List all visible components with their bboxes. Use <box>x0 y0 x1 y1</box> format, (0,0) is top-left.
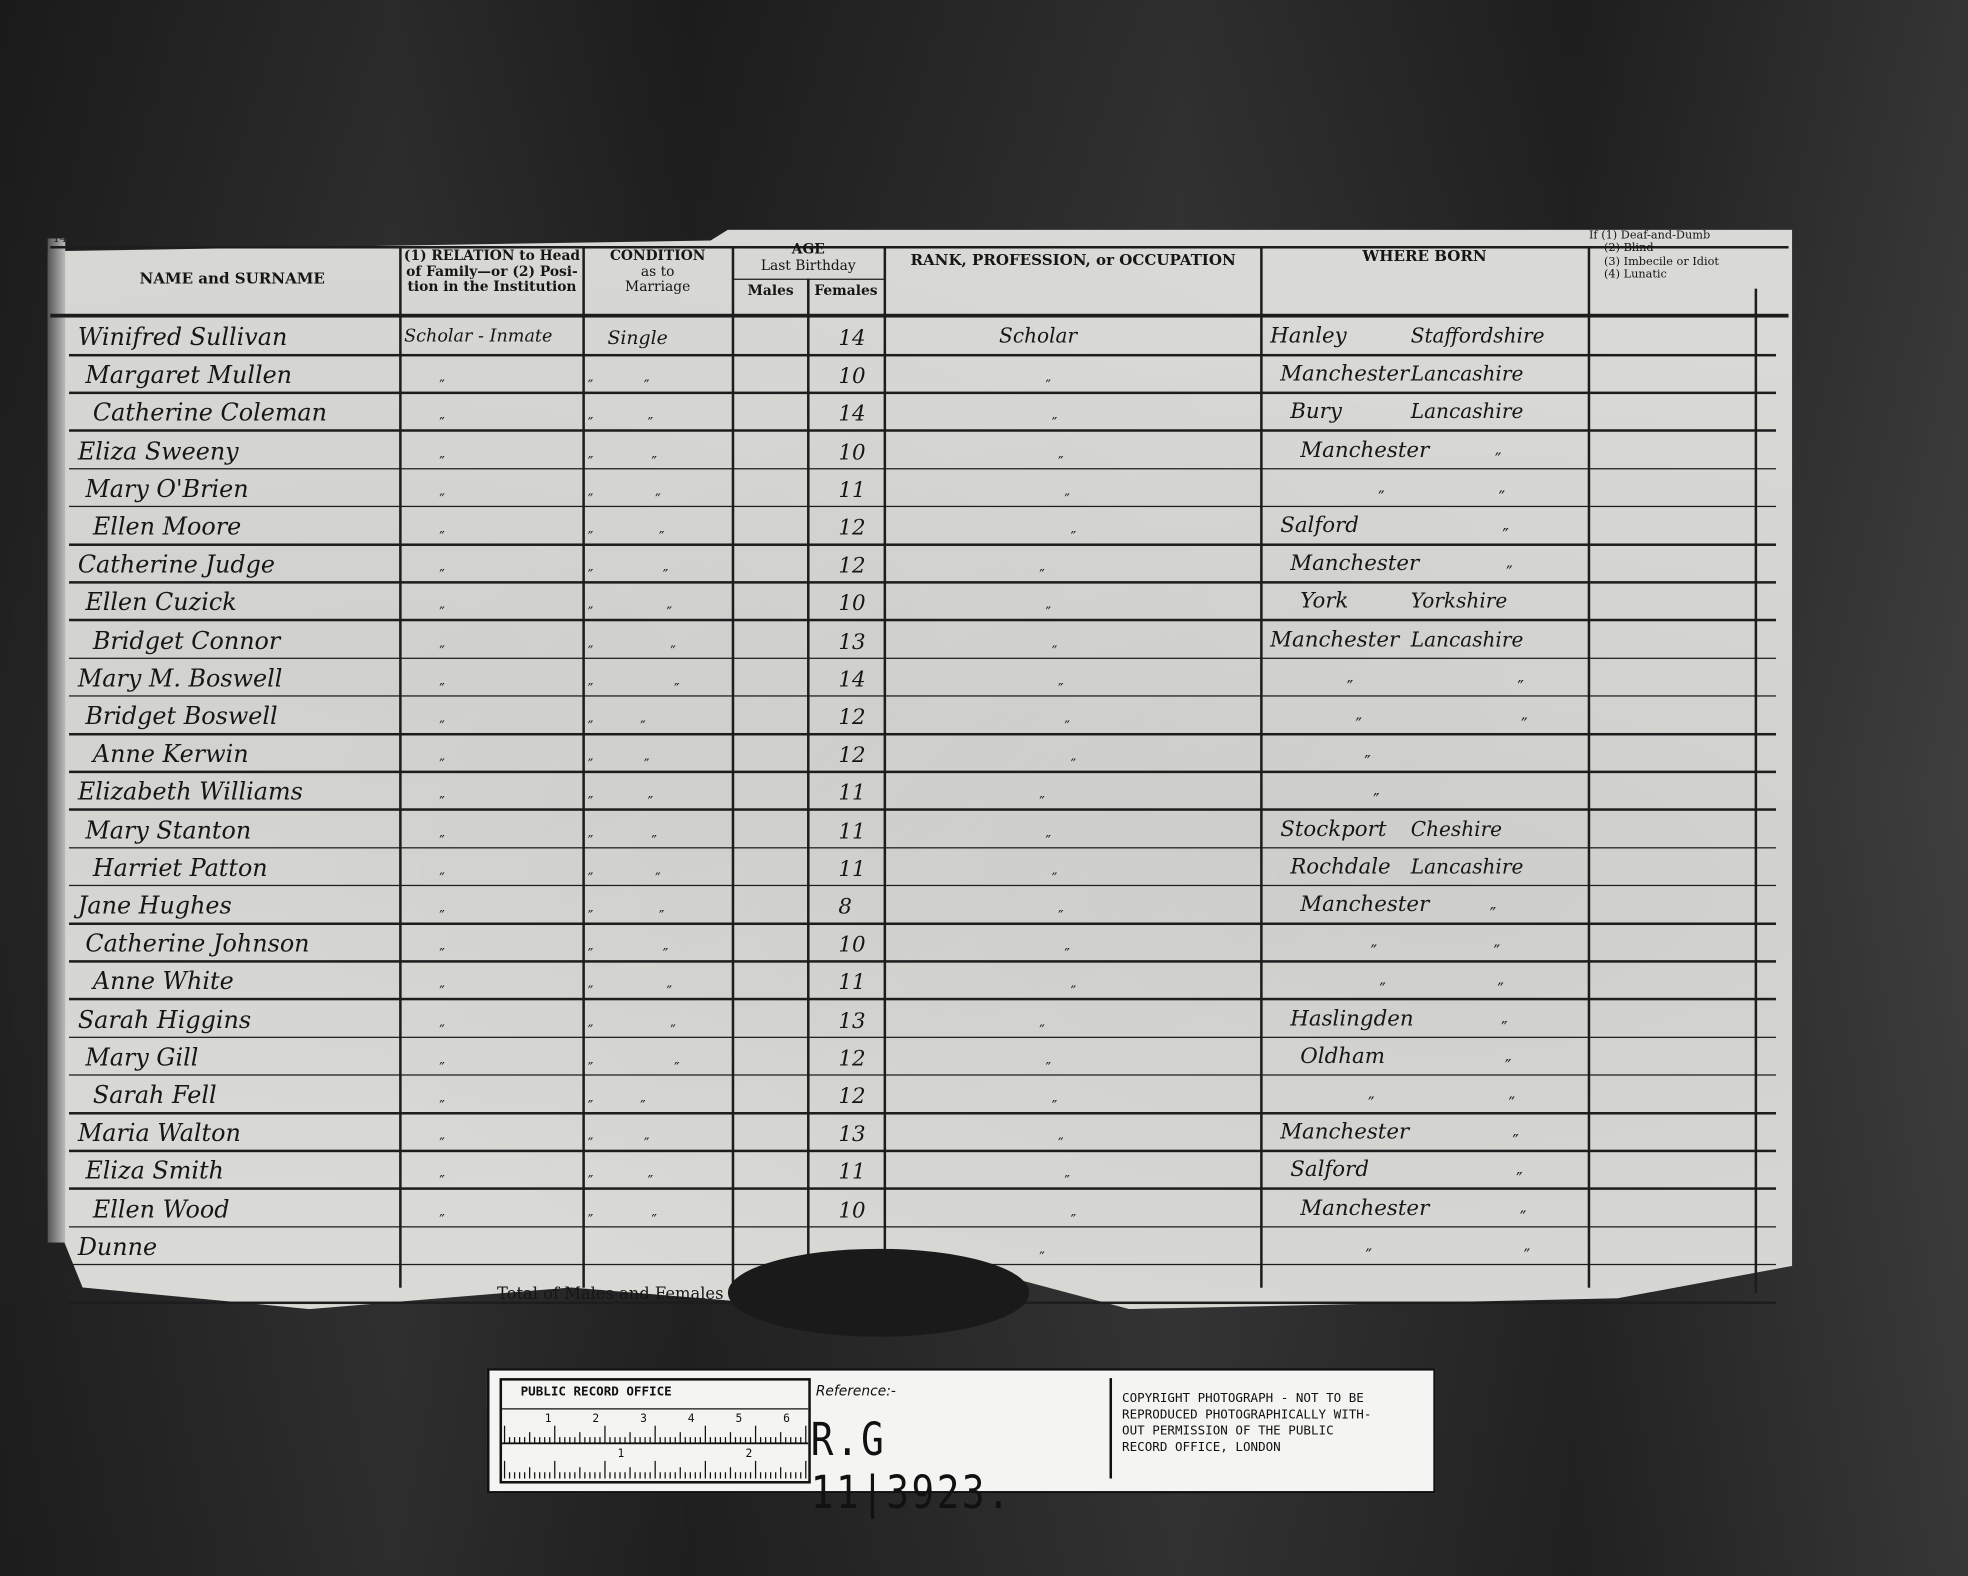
header-condition-line3: Marriage <box>585 280 731 296</box>
sheet-torn-edge <box>48 238 66 1242</box>
cell-born-county: Lancashire <box>1411 854 1524 878</box>
ruler-cm-label: 3 <box>640 1413 647 1426</box>
row-rule <box>69 392 1776 394</box>
cell-born-place: Manchester <box>1300 892 1429 917</box>
cell-born-county: ″ <box>1501 1019 1508 1039</box>
cell-name: Elizabeth Williams <box>78 779 303 807</box>
row-rule <box>69 543 1776 545</box>
cell-relation: ″ ″ <box>439 945 662 963</box>
cell-occupation: ″ <box>1064 718 1070 736</box>
microfilm-frame: 14 NAME and SURNAME (1) RELATION to Head… <box>0 0 1968 1576</box>
cell-born-county: ″ <box>1524 1246 1531 1266</box>
cell-age-female: 10 <box>838 592 865 617</box>
cell-name: Mary Gill <box>85 1044 198 1072</box>
cell-born-place: Salford <box>1280 513 1359 538</box>
header-infirmity-2: (2) Blind <box>1589 243 1765 256</box>
column-divider-occupation <box>1260 246 1263 1288</box>
row-rule <box>69 619 1776 621</box>
cell-relation: ″ ″ <box>439 983 662 1001</box>
cell-name: Maria Walton <box>78 1120 241 1148</box>
cell-name: Ellen Moore <box>93 513 241 541</box>
cell-born-place: York <box>1300 589 1348 614</box>
office-title: PUBLIC RECORD OFFICE <box>502 1386 690 1400</box>
cell-born-county: ″ <box>1512 1132 1519 1152</box>
cell-name: Anne Kerwin <box>93 741 249 769</box>
header-name-text: NAME and SURNAME <box>139 270 324 288</box>
cell-born-place: Bury <box>1290 400 1342 425</box>
header-infirmity-prefix: If <box>1589 230 1598 243</box>
cell-born-place: ″ <box>1371 943 1378 963</box>
header-age-males: Males <box>735 284 805 300</box>
cell-relation: ″ ″ <box>439 528 662 546</box>
cell-condition: ″ <box>644 377 650 395</box>
cell-relation: ″ ″ <box>439 1021 662 1039</box>
cell-occupation: ″ <box>1039 1249 1045 1267</box>
cell-condition: ″ <box>648 794 654 812</box>
cell-born-place: Manchester <box>1270 627 1399 652</box>
header-infirmity-1: (1) Deaf-and-Dumb <box>1601 230 1710 243</box>
cell-condition: ″ <box>648 1173 654 1191</box>
column-divider-name <box>399 246 402 1288</box>
row-rule <box>69 847 1776 849</box>
cell-occupation: ″ <box>1058 453 1064 471</box>
header-infirmity: If (1) Deaf-and-Dumb (2) Blind (3) Imbec… <box>1589 230 1765 282</box>
copyright-notice: COPYRIGHT PHOTOGRAPH - NOT TO BE REPRODU… <box>1122 1391 1418 1456</box>
cell-born-place: ″ <box>1373 791 1380 811</box>
cell-relation: ″ ″ <box>439 870 662 888</box>
cell-occupation: ″ <box>1071 756 1077 774</box>
cell-born-place: Manchester <box>1290 551 1419 576</box>
header-where-born-text: WHERE BORN <box>1362 247 1486 265</box>
cell-born-place: Manchester <box>1280 1120 1409 1145</box>
cell-relation: ″ ″ <box>439 718 662 736</box>
public-record-office-box: PUBLIC RECORD OFFICE 12345612 <box>500 1378 811 1483</box>
cell-occupation: ″ <box>1045 604 1051 622</box>
cell-name: Bridget Connor <box>93 627 280 655</box>
cell-age-female: 12 <box>838 516 865 541</box>
torn-hole <box>728 1249 1029 1337</box>
column-divider-age <box>884 246 887 1288</box>
cell-born-place: Oldham <box>1300 1044 1385 1069</box>
reference-box: Reference:- R.G 11|3923. <box>806 1378 1107 1478</box>
cell-age-female: 13 <box>838 630 865 655</box>
header-bottom-rule <box>50 314 1788 318</box>
cell-name: Eliza Sweeny <box>78 438 239 466</box>
cell-born-county: Cheshire <box>1411 817 1502 841</box>
cell-name: Sarah Higgins <box>78 1006 251 1034</box>
cell-relation: ″ ″ <box>439 415 662 433</box>
cell-occupation: ″ <box>1058 680 1064 698</box>
cell-name: Ellen Cuzick <box>85 589 236 617</box>
cell-relation: ″ ″ <box>439 1211 662 1229</box>
cell-relation: ″ ″ <box>439 907 662 925</box>
cell-born-place: Rochdale <box>1290 854 1390 879</box>
cell-name: Bridget Boswell <box>85 703 277 731</box>
cell-occupation: ″ <box>1039 566 1045 584</box>
row-rule <box>69 1112 1776 1114</box>
cell-condition: ″ <box>666 604 672 622</box>
header-age-line1: AGE <box>733 242 884 258</box>
cell-born-place: ″ <box>1366 1246 1373 1266</box>
cell-born-place: Hanley <box>1270 324 1347 349</box>
ruler-cm-label: 5 <box>735 1413 742 1426</box>
ruler-inch-label: 1 <box>618 1448 625 1461</box>
cell-condition: ″ <box>663 566 669 584</box>
reference-value: R.G 11|3923. <box>811 1414 1107 1519</box>
cell-condition: ″ <box>663 945 669 963</box>
cell-occupation: ″ <box>1071 1211 1077 1229</box>
cell-name: Mary Stanton <box>85 817 251 845</box>
cell-relation: Scholar - Inmate <box>404 326 552 346</box>
cell-born-place: Manchester <box>1300 438 1429 463</box>
cell-name: Eliza Smith <box>85 1158 224 1186</box>
header-occupation-text: RANK, PROFESSION, or OCCUPATION <box>910 251 1235 269</box>
cell-name: Ellen Wood <box>93 1196 230 1224</box>
cell-born-county: Lancashire <box>1411 627 1524 651</box>
cell-condition: ″ <box>659 528 665 546</box>
cell-age-female: 12 <box>838 554 865 579</box>
cell-condition: ″ <box>666 983 672 1001</box>
cell-age-female: 12 <box>838 1084 865 1109</box>
header-infirmity-3: (3) Imbecile or Idiot <box>1589 256 1765 269</box>
cell-condition: ″ <box>644 1135 650 1153</box>
cell-born-county: ″ <box>1520 1208 1527 1228</box>
header-name: NAME and SURNAME <box>75 271 389 288</box>
cell-born-place: ″ <box>1364 753 1371 773</box>
cell-age-female: 11 <box>838 971 865 996</box>
column-divider-condition <box>732 246 735 1288</box>
cell-born-county: Lancashire <box>1411 400 1524 424</box>
cell-age-female: 14 <box>838 402 865 427</box>
header-relation: (1) RELATION to Head of Family—or (2) Po… <box>399 249 585 297</box>
cell-born-county: ″ <box>1497 981 1504 1001</box>
cell-born-place: ″ <box>1356 715 1363 735</box>
header-condition-line1: CONDITION <box>585 249 731 265</box>
cell-born-place: Haslingden <box>1290 1006 1413 1031</box>
cell-occupation: ″ <box>1039 794 1045 812</box>
header-relation-line3: tion in the Institution <box>399 280 585 296</box>
cell-relation: ″ ″ <box>439 832 662 850</box>
cell-born-county: ″ <box>1506 564 1513 584</box>
cell-born-county: ″ <box>1521 715 1528 735</box>
row-rule <box>69 506 1776 508</box>
header-relation-line2: of Family—or (2) Posi- <box>399 264 585 280</box>
cell-age-female: 11 <box>838 781 865 806</box>
cell-occupation: ″ <box>1045 1059 1051 1077</box>
cell-relation: ″ ″ <box>439 1097 662 1115</box>
cell-occupation: ″ <box>1052 1097 1058 1115</box>
cell-relation: ″ ″ <box>439 680 662 698</box>
column-divider-where-born <box>1588 246 1591 1288</box>
cell-occupation: ″ <box>1071 528 1077 546</box>
ruler-cm-label: 1 <box>545 1413 552 1426</box>
cell-relation: ″ ″ <box>439 453 662 471</box>
cell-born-county: Yorkshire <box>1411 589 1508 613</box>
header-infirmity-4: (4) Lunatic <box>1589 269 1765 282</box>
cell-occupation: ″ <box>1071 983 1077 1001</box>
row-rule <box>69 468 1776 470</box>
header-where-born: WHERE BORN <box>1263 249 1587 266</box>
cell-relation: ″ ″ <box>439 756 662 774</box>
reference-label: Reference:- <box>816 1383 896 1399</box>
cell-born-county: Lancashire <box>1411 362 1524 386</box>
ruler-inch-label: 2 <box>746 1448 753 1461</box>
cell-occupation: ″ <box>1058 1135 1064 1153</box>
cell-relation: ″ ″ <box>439 604 662 622</box>
row-rule <box>69 733 1776 735</box>
cell-condition: ″ <box>651 1211 657 1229</box>
row-rule <box>69 885 1776 887</box>
cell-age-female: 13 <box>838 1122 865 1147</box>
cell-occupation: ″ <box>1039 1021 1045 1039</box>
cell-born-county: ″ <box>1494 943 1501 963</box>
footer-total-label: Total of Males and Females <box>497 1285 723 1304</box>
cell-condition: ″ <box>644 756 650 774</box>
cell-condition: ″ <box>655 870 661 888</box>
row-rule <box>69 1036 1776 1038</box>
cell-occupation: ″ <box>1052 870 1058 888</box>
cell-born-county: ″ <box>1509 1094 1516 1114</box>
row-rule <box>69 998 1776 1000</box>
cell-name: Anne White <box>93 968 234 996</box>
cell-born-place: ″ <box>1379 981 1386 1001</box>
row-rule <box>69 1150 1776 1152</box>
cell-born-county: ″ <box>1502 526 1509 546</box>
cell-age-female: 12 <box>838 1046 865 1071</box>
ruler-cm-label: 2 <box>592 1413 599 1426</box>
cell-age-female: 14 <box>838 326 865 351</box>
cell-name: Mary O'Brien <box>85 475 248 503</box>
cell-relation: ″ ″ <box>439 794 662 812</box>
cell-condition: Single <box>607 326 667 349</box>
row-rule <box>69 657 1776 659</box>
cell-relation: ″ ″ <box>439 1059 662 1077</box>
column-divider-infirmity <box>1755 289 1758 1293</box>
cell-condition: ″ <box>651 453 657 471</box>
cell-age-female: 11 <box>838 478 865 503</box>
cell-condition: ″ <box>674 680 680 698</box>
cell-born-place: Manchester <box>1300 1196 1429 1221</box>
cell-name: Mary M. Boswell <box>78 665 283 693</box>
cell-occupation: ″ <box>1064 1173 1070 1191</box>
header-age-females: Females <box>808 284 883 300</box>
cell-condition: ″ <box>674 1059 680 1077</box>
cell-occupation: ″ <box>1045 832 1051 850</box>
copyright-box: COPYRIGHT PHOTOGRAPH - NOT TO BE REPRODU… <box>1110 1378 1426 1478</box>
cell-born-place: ″ <box>1378 488 1385 508</box>
cell-age-female: 10 <box>838 933 865 958</box>
cell-age-female: 8 <box>838 895 852 920</box>
cell-age-female: 10 <box>838 440 865 465</box>
cell-age-female: 10 <box>838 1198 865 1223</box>
cell-born-place: Stockport <box>1280 817 1386 842</box>
archive-reference-label: PUBLIC RECORD OFFICE 12345612 Reference:… <box>487 1368 1436 1494</box>
cell-age-female: 14 <box>838 667 865 692</box>
cell-occupation: ″ <box>1064 490 1070 508</box>
cell-occupation: ″ <box>1052 415 1058 433</box>
cell-condition: ″ <box>651 832 657 850</box>
header-age-males-text: Males <box>748 282 794 298</box>
cell-born-county: ″ <box>1516 1170 1523 1190</box>
cell-condition: ″ <box>648 415 654 433</box>
cell-occupation: ″ <box>1058 907 1064 925</box>
cell-occupation: ″ <box>1045 377 1051 395</box>
row-rule <box>69 809 1776 811</box>
cell-born-county: ″ <box>1505 1057 1512 1077</box>
cell-relation: ″ ″ <box>439 566 662 584</box>
cell-relation: ″ ″ <box>439 1173 662 1191</box>
row-rule <box>69 1074 1776 1076</box>
cell-relation: ″ ″ <box>439 642 662 660</box>
cell-name: Harriet Patton <box>93 854 268 882</box>
cell-condition: ″ <box>640 718 646 736</box>
header-occupation: RANK, PROFESSION, or OCCUPATION <box>886 252 1260 269</box>
cell-born-county: Staffordshire <box>1411 324 1545 348</box>
header-relation-line1: (1) RELATION to Head <box>399 249 585 265</box>
cell-born-place: ″ <box>1368 1094 1375 1114</box>
cell-name: Sarah Fell <box>93 1082 217 1110</box>
row-rule <box>69 354 1776 356</box>
cell-occupation: ″ <box>1052 642 1058 660</box>
cell-name: Catherine Johnson <box>85 930 309 958</box>
cell-age-female: 12 <box>838 743 865 768</box>
ruler-cm-label: 4 <box>688 1413 695 1426</box>
header-age-line2: Last Birthday <box>733 258 884 274</box>
row-rule <box>69 922 1776 924</box>
cell-condition: ″ <box>670 1021 676 1039</box>
header-infirmity-line1: If (1) Deaf-and-Dumb <box>1589 230 1765 243</box>
page-mark: 14 <box>53 233 67 246</box>
cell-name: Margaret Mullen <box>85 362 292 390</box>
cell-relation: ″ ″ <box>439 490 662 508</box>
cell-age-female: 12 <box>838 705 865 730</box>
cell-occupation: ″ <box>1064 945 1070 963</box>
row-rule <box>69 581 1776 583</box>
cell-born-county: ″ <box>1490 905 1497 925</box>
cell-born-place: Manchester <box>1280 362 1409 387</box>
cell-name: Catherine Coleman <box>93 400 327 428</box>
cell-name: Dunne <box>78 1234 157 1262</box>
cell-relation: ″ ″ <box>439 377 662 395</box>
cell-age-female: 11 <box>838 1160 865 1185</box>
cell-name: Jane Hughes <box>78 892 232 920</box>
cell-relation: ″ ″ <box>439 1135 662 1153</box>
cell-condition: ″ <box>655 490 661 508</box>
row-rule <box>69 960 1776 962</box>
row-rule <box>69 771 1776 773</box>
ruler-cm-label: 6 <box>783 1413 790 1426</box>
cell-age-female: 11 <box>838 819 865 844</box>
cell-age-female: 11 <box>838 857 865 882</box>
header-condition: CONDITION as to Marriage <box>585 249 731 297</box>
cell-condition: ″ <box>640 1097 646 1115</box>
cell-born-place: ″ <box>1347 677 1354 697</box>
cell-born-county: ″ <box>1495 450 1502 470</box>
header-age-females-text: Females <box>814 282 877 298</box>
cell-age-female: 10 <box>838 364 865 389</box>
header-condition-line2: as to <box>585 264 731 280</box>
cell-age-female: 13 <box>838 1009 865 1034</box>
cell-occupation: Scholar <box>999 324 1077 348</box>
row-rule <box>69 430 1776 432</box>
cell-condition: ″ <box>659 907 665 925</box>
cell-condition: ″ <box>670 642 676 660</box>
cell-born-county: ″ <box>1499 488 1506 508</box>
cell-name: Winifred Sullivan <box>78 324 288 352</box>
header-age: AGE Last Birthday <box>733 242 884 274</box>
cell-born-place: Salford <box>1290 1158 1369 1183</box>
cell-name: Catherine Judge <box>78 551 275 579</box>
cell-born-county: ″ <box>1517 677 1524 697</box>
